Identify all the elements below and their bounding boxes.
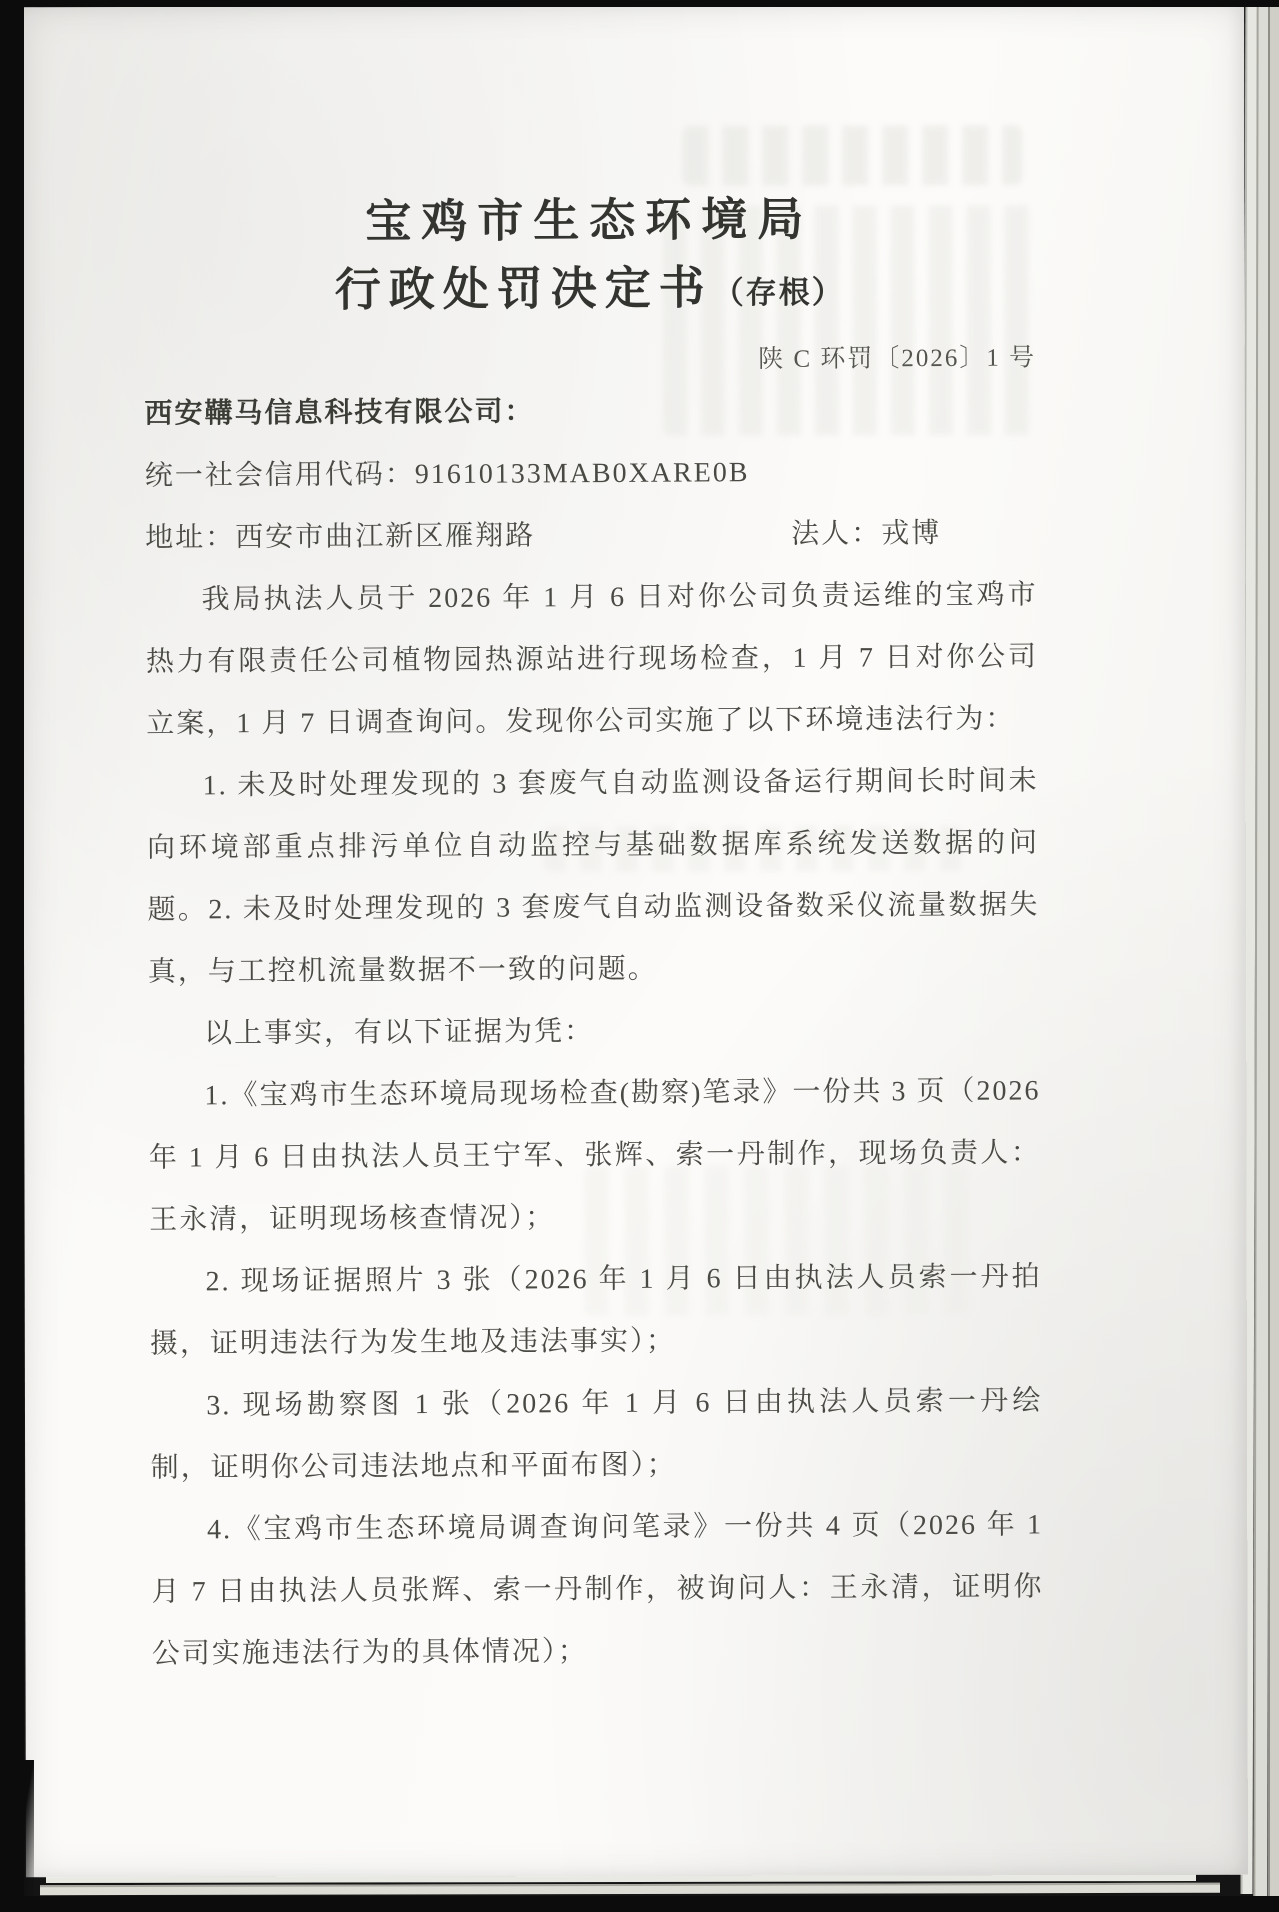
paragraph-evidence-item-3: 3. 现场勘察图 1 张（2026 年 1 月 6 日由执法人员索一丹绘制，证明… bbox=[150, 1370, 1043, 1499]
document-number: 陕 C 环罚〔2026〕1 号 bbox=[144, 338, 1036, 383]
address-value: 地址：西安市曲江新区雁翔路 bbox=[145, 505, 535, 569]
document-title-line1: 宝鸡市生态环境局 bbox=[143, 187, 1035, 254]
photo-dark-edge-left bbox=[0, 0, 24, 1912]
scanned-document-photo: 宝鸡市生态环境局 行政处罚决定书（存根） 陕 C 环罚〔2026〕1 号 西安鞲… bbox=[0, 0, 1279, 1912]
credit-code-value: 91610133MAB0XARE0B bbox=[415, 457, 750, 490]
paragraph-evidence-intro: 以上事实，有以下证据为凭： bbox=[148, 998, 1040, 1065]
document-content: 宝鸡市生态环境局 行政处罚决定书（存根） 陕 C 环罚〔2026〕1 号 西安鞲… bbox=[142, 3, 1044, 1685]
credit-code-line: 统一社会信用代码：91610133MAB0XARE0B bbox=[145, 440, 1037, 507]
document-title-line2: 行政处罚决定书（存根） bbox=[144, 255, 1036, 327]
paragraph-inspection-facts: 我局执法人员于 2026 年 1 月 6 日对你公司负责运维的宝鸡市热力有限责任… bbox=[145, 564, 1038, 755]
stacked-page-edge bbox=[1268, 0, 1279, 1912]
credit-code-label: 统一社会信用代码： bbox=[145, 459, 415, 492]
stacked-page-edge bbox=[40, 1883, 1220, 1895]
photo-dark-edge-bottom bbox=[0, 1896, 1279, 1912]
paragraph-evidence-item-2: 2. 现场证据照片 3 张（2026 年 1 月 6 日由执法人员索一丹拍摄，证… bbox=[149, 1246, 1042, 1375]
legal-representative: 法人：戎博 bbox=[791, 503, 941, 566]
paragraph-evidence-item-4: 4.《宝鸡市生态环境局调查询问笔录》一份共 4 页（2026 年 1 月 7 日… bbox=[151, 1494, 1044, 1685]
document-page: 宝鸡市生态环境局 行政处罚决定书（存根） 陕 C 环罚〔2026〕1 号 西安鞲… bbox=[22, 5, 1248, 1878]
document-title-suffix: （存根） bbox=[713, 275, 845, 311]
address-line: 地址：西安市曲江新区雁翔路法人：戎博 bbox=[145, 502, 1037, 569]
paragraph-evidence-item-1: 1.《宝鸡市生态环境局现场检查(勘察)笔录》一份共 3 页（2026 年 1 月… bbox=[148, 1060, 1041, 1251]
document-title-main: 行政处罚决定书 bbox=[335, 262, 713, 315]
paragraph-violations: 1. 未及时处理发现的 3 套废气自动监测设备运行期间长时间未向环境部重点排污单… bbox=[146, 750, 1039, 1003]
recipient-company-name: 西安鞲马信息科技有限公司： bbox=[144, 378, 1036, 445]
stacked-page-edge bbox=[1253, 0, 1270, 1904]
